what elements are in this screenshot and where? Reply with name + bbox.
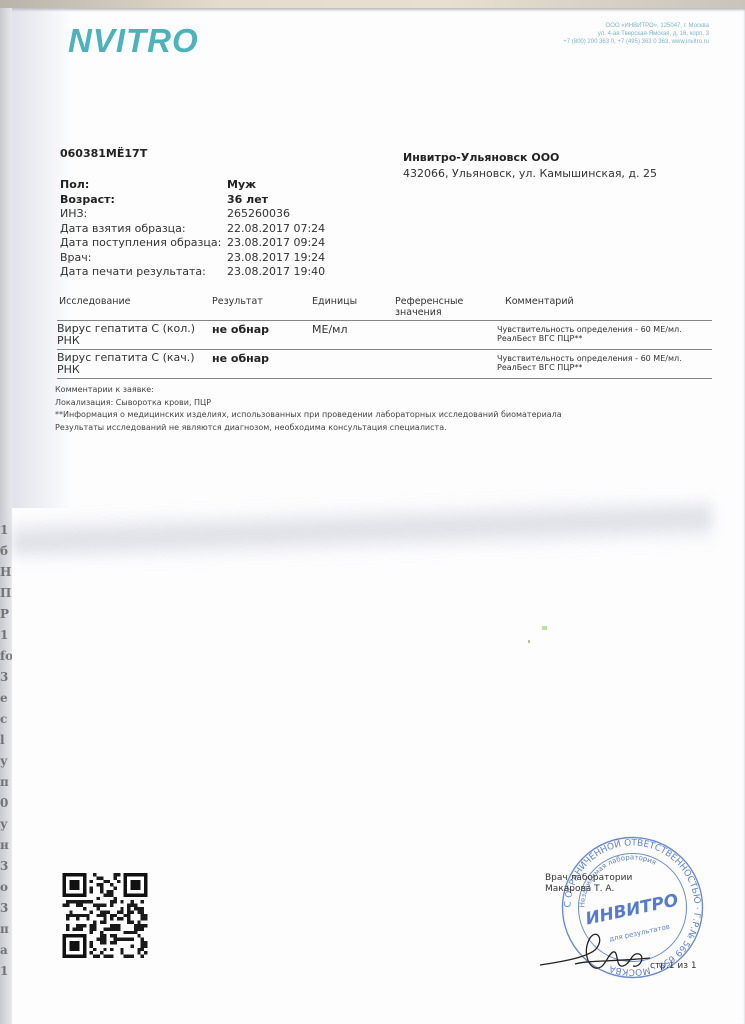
patient-row-print-date: Дата печати результата: 23.08.2017 19:40 — [60, 265, 325, 280]
field-value: Муж — [227, 178, 256, 193]
field-label: ИНЗ: — [60, 207, 227, 222]
header-line: Референсные — [395, 296, 463, 307]
study-name: Вирус гепатита С (кач.) РНК — [57, 352, 217, 375]
patient-row-sample-taken: Дата взятия образца: 22.08.2017 07:24 — [60, 222, 325, 237]
field-value: 265260036 — [227, 207, 290, 222]
field-label: Дата поступления образца: — [60, 236, 227, 251]
field-label: Пол: — [60, 178, 227, 193]
note-line: Комментарии к заявке: — [55, 384, 562, 397]
table-row: Вирус гепатита С (кол.) РНК не обнар МЕ/… — [57, 321, 712, 349]
signer-title: Врач лаборатории — [545, 873, 632, 884]
field-value: 36 лет — [227, 193, 268, 208]
field-label: Дата печати результата: — [60, 265, 227, 280]
comment-line: РеалБест ВГС ПЦР** — [497, 363, 682, 372]
column-header-result: Результат — [212, 296, 263, 307]
result-value: не обнар — [212, 323, 269, 336]
scan-specks — [520, 620, 580, 660]
study-line: Вирус гепатита С (кол.) — [57, 323, 217, 335]
comment-value: Чувствительность определения - 60 МЕ/мл.… — [497, 325, 682, 343]
note-line: Результаты исследований не являются диаг… — [55, 422, 562, 435]
study-name: Вирус гепатита С (кол.) РНК — [57, 323, 217, 346]
lab-name: Инвитро-Ульяновск ООО — [403, 150, 657, 166]
column-header-units: Единицы — [312, 296, 357, 307]
column-header-comment: Комментарий — [505, 296, 574, 307]
study-line: РНК — [57, 364, 217, 376]
company-info: ООО «ИНВИТРО», 125047, г. Москва ул. 4-а… — [563, 22, 709, 46]
company-info-line: +7 (800) 200 363 0, +7 (495) 363 0 363, … — [563, 38, 709, 46]
patient-row-sex: Пол: Муж — [60, 178, 325, 193]
note-line: **Информация о медицинских изделиях, исп… — [55, 409, 562, 422]
paper-crease-shadow — [12, 500, 712, 560]
signature — [535, 920, 655, 975]
lab-address: 432066, Ульяновск, ул. Камышинская, д. 2… — [403, 166, 657, 182]
comment-line: Чувствительность определения - 60 МЕ/мл. — [497, 354, 682, 363]
lab-info: Инвитро-Ульяновск ООО 432066, Ульяновск,… — [403, 150, 657, 182]
notes: Комментарии к заявке: Локализация: Сывор… — [55, 384, 562, 434]
field-value: 23.08.2017 09:24 — [227, 236, 325, 251]
field-label: Врач: — [60, 251, 227, 266]
signer-name: Макарова Т. А. — [545, 884, 632, 895]
comment-line: Чувствительность определения - 60 МЕ/мл. — [497, 325, 682, 334]
signer-block: Врач лаборатории Макарова Т. А. — [545, 873, 632, 895]
field-label: Возраст: — [60, 193, 227, 208]
page-number: стр.1 из 1 — [650, 961, 697, 971]
company-info-line: ООО «ИНВИТРО», 125047, г. Москва — [563, 22, 709, 30]
patient-info: Пол: Муж Возраст: 36 лет ИНЗ: 265260036 … — [60, 178, 325, 280]
result-value: не обнар — [212, 352, 269, 365]
patient-row-inz: ИНЗ: 265260036 — [60, 207, 325, 222]
table-divider — [57, 378, 712, 379]
company-info-line: ул. 4-ая Тверская-Ямская, д. 16, корп. 3 — [563, 30, 709, 38]
note-line: Локализация: Сыворотка крови, ПЦР — [55, 397, 562, 410]
invitro-logo: NVITRO — [68, 22, 199, 60]
study-line: Вирус гепатита С (кач.) — [57, 352, 217, 364]
comment-line: РеалБест ВГС ПЦР** — [497, 334, 682, 343]
units-value: МЕ/мл — [312, 323, 347, 336]
field-label: Дата взятия образца: — [60, 222, 227, 237]
results-table: Исследование Результат Единицы Референсн… — [57, 296, 712, 379]
order-id: 060381МЁ17Т — [60, 147, 147, 160]
field-value: 23.08.2017 19:40 — [227, 265, 325, 280]
patient-row-doctor: Врач: 23.08.2017 19:24 — [60, 251, 325, 266]
column-header-study: Исследование — [59, 296, 131, 307]
table-row: Вирус гепатита С (кач.) РНК не обнар Чув… — [57, 350, 712, 378]
study-line: РНК — [57, 335, 217, 347]
patient-row-age: Возраст: 36 лет — [60, 193, 325, 208]
table-header: Исследование Результат Единицы Референсн… — [57, 296, 712, 320]
column-header-reference: Референсные значения — [395, 296, 463, 318]
field-value: 23.08.2017 19:24 — [227, 251, 325, 266]
header-line: значения — [395, 307, 463, 318]
qr-code — [60, 873, 150, 958]
field-value: 22.08.2017 07:24 — [227, 222, 325, 237]
comment-value: Чувствительность определения - 60 МЕ/мл.… — [497, 354, 682, 372]
underlying-page-text: 1бНПР1fo3есlуп0ун3о3пa1ап2 — [0, 520, 12, 980]
patient-row-sample-received: Дата поступления образца: 23.08.2017 09:… — [60, 236, 325, 251]
